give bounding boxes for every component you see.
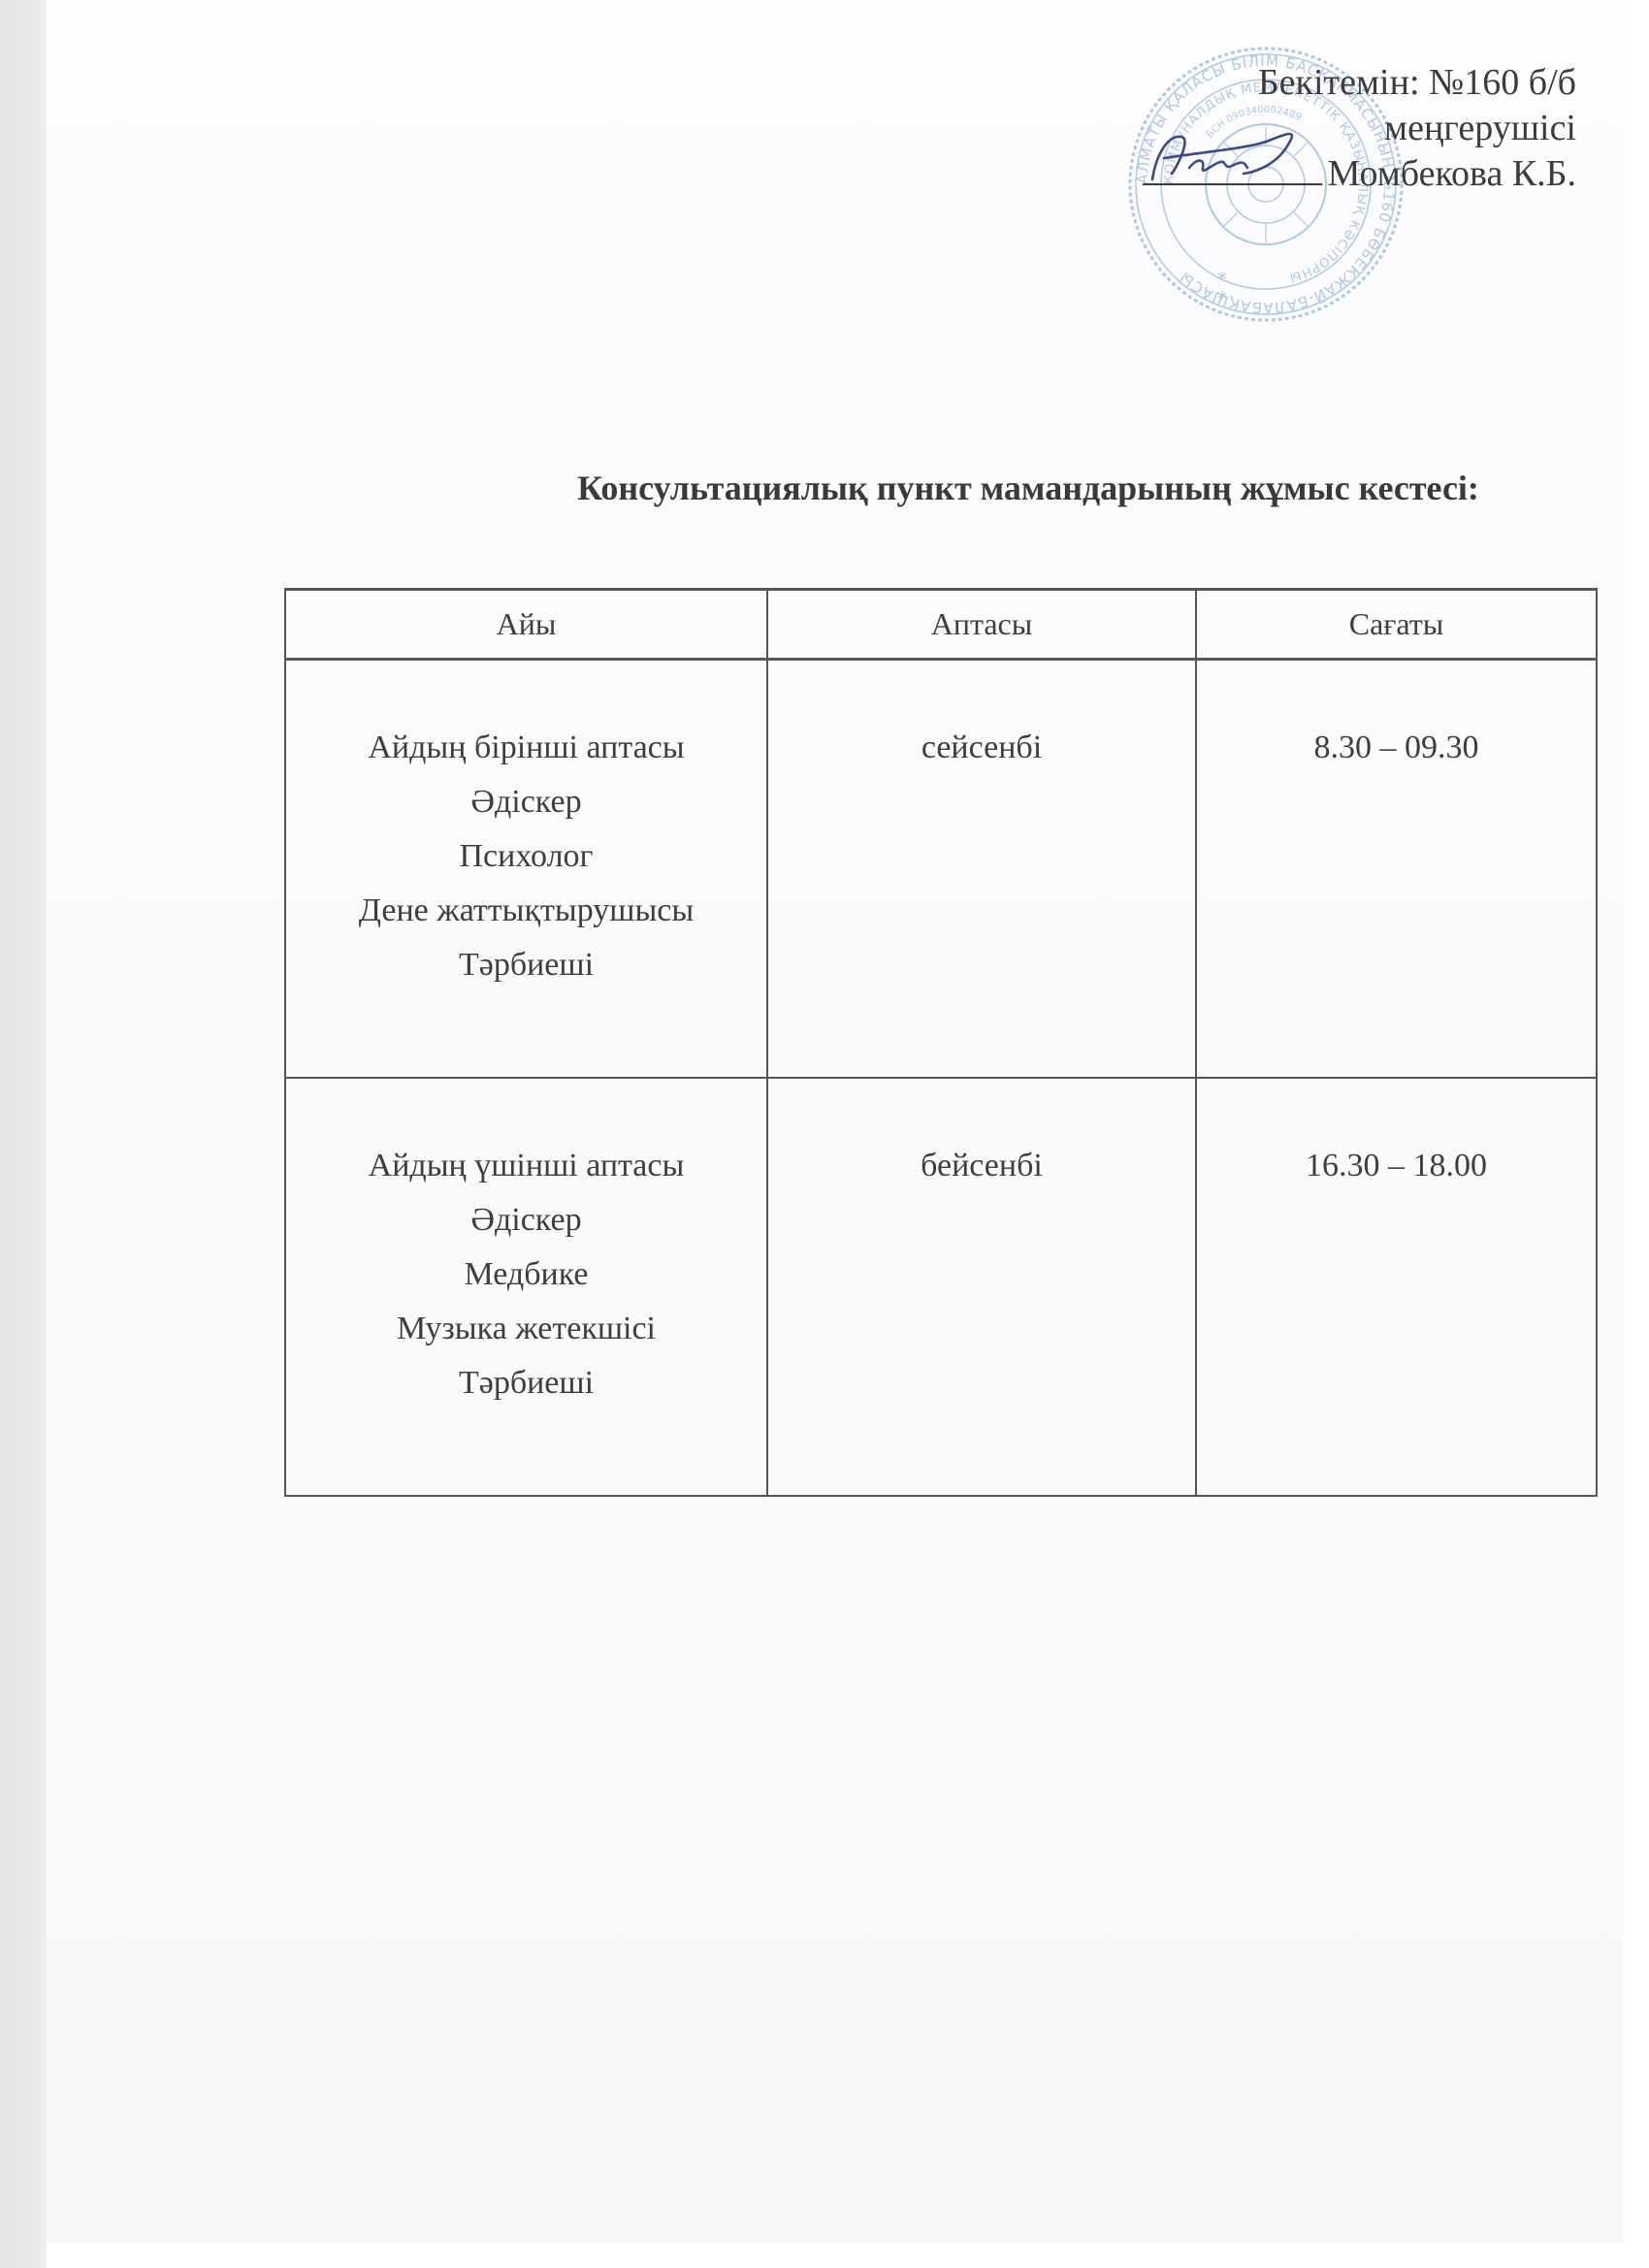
header-month: Айы xyxy=(285,590,767,660)
approval-block: Бекітемін: №160 б/б меңгерушісі Момбеков… xyxy=(1143,60,1576,197)
staff-role: Әдіскер xyxy=(287,1193,765,1247)
scan-edge-bottom xyxy=(47,2243,1649,2268)
table-row: Айдың бірінші аптасы Әдіскер Психолог Де… xyxy=(285,660,1597,1078)
approval-signatory: Момбекова К.Б. xyxy=(1143,151,1576,197)
table-header-row: Айы Аптасы Сағаты xyxy=(285,590,1597,660)
cell-day: сейсенбі xyxy=(767,660,1196,1078)
staff-role: Тәрбиеші xyxy=(287,938,765,992)
svg-text:*: * xyxy=(1217,287,1227,310)
table-row: Айдың үшінші аптасы Әдіскер Медбике Музы… xyxy=(285,1078,1597,1496)
cell-month-staff: Айдың үшінші аптасы Әдіскер Медбике Музы… xyxy=(285,1078,767,1496)
staff-role: Психолог xyxy=(287,829,765,884)
staff-role: Дене жаттықтырушысы xyxy=(287,884,765,938)
page-title: Консультациялық пункт мамандарының жұмыс… xyxy=(0,468,1649,508)
approval-signatory-name: Момбекова К.Б. xyxy=(1328,153,1576,194)
cell-day: бейсенбі xyxy=(767,1078,1196,1496)
schedule-table: Айы Аптасы Сағаты Айдың бірінші аптасы Ә… xyxy=(284,588,1598,1497)
staff-role: Музыка жетекшісі xyxy=(287,1302,765,1356)
staff-role: Тәрбиеші xyxy=(287,1356,765,1410)
scan-edge-left xyxy=(0,0,47,2268)
header-hours: Сағаты xyxy=(1196,590,1597,660)
cell-hours: 8.30 – 09.30 xyxy=(1196,660,1597,1078)
header-week: Аптасы xyxy=(767,590,1196,660)
staff-role: Медбике xyxy=(287,1247,765,1302)
staff-role: Әдіскер xyxy=(287,775,765,829)
approval-heading: Бекітемін: №160 б/б xyxy=(1143,60,1576,106)
cell-hours: 16.30 – 18.00 xyxy=(1196,1078,1597,1496)
week-label: Айдың бірінші аптасы xyxy=(287,721,765,775)
signature-icon xyxy=(1143,152,1322,185)
cell-month-staff: Айдың бірінші аптасы Әдіскер Психолог Де… xyxy=(285,660,767,1078)
week-label: Айдың үшінші аптасы xyxy=(287,1139,765,1193)
